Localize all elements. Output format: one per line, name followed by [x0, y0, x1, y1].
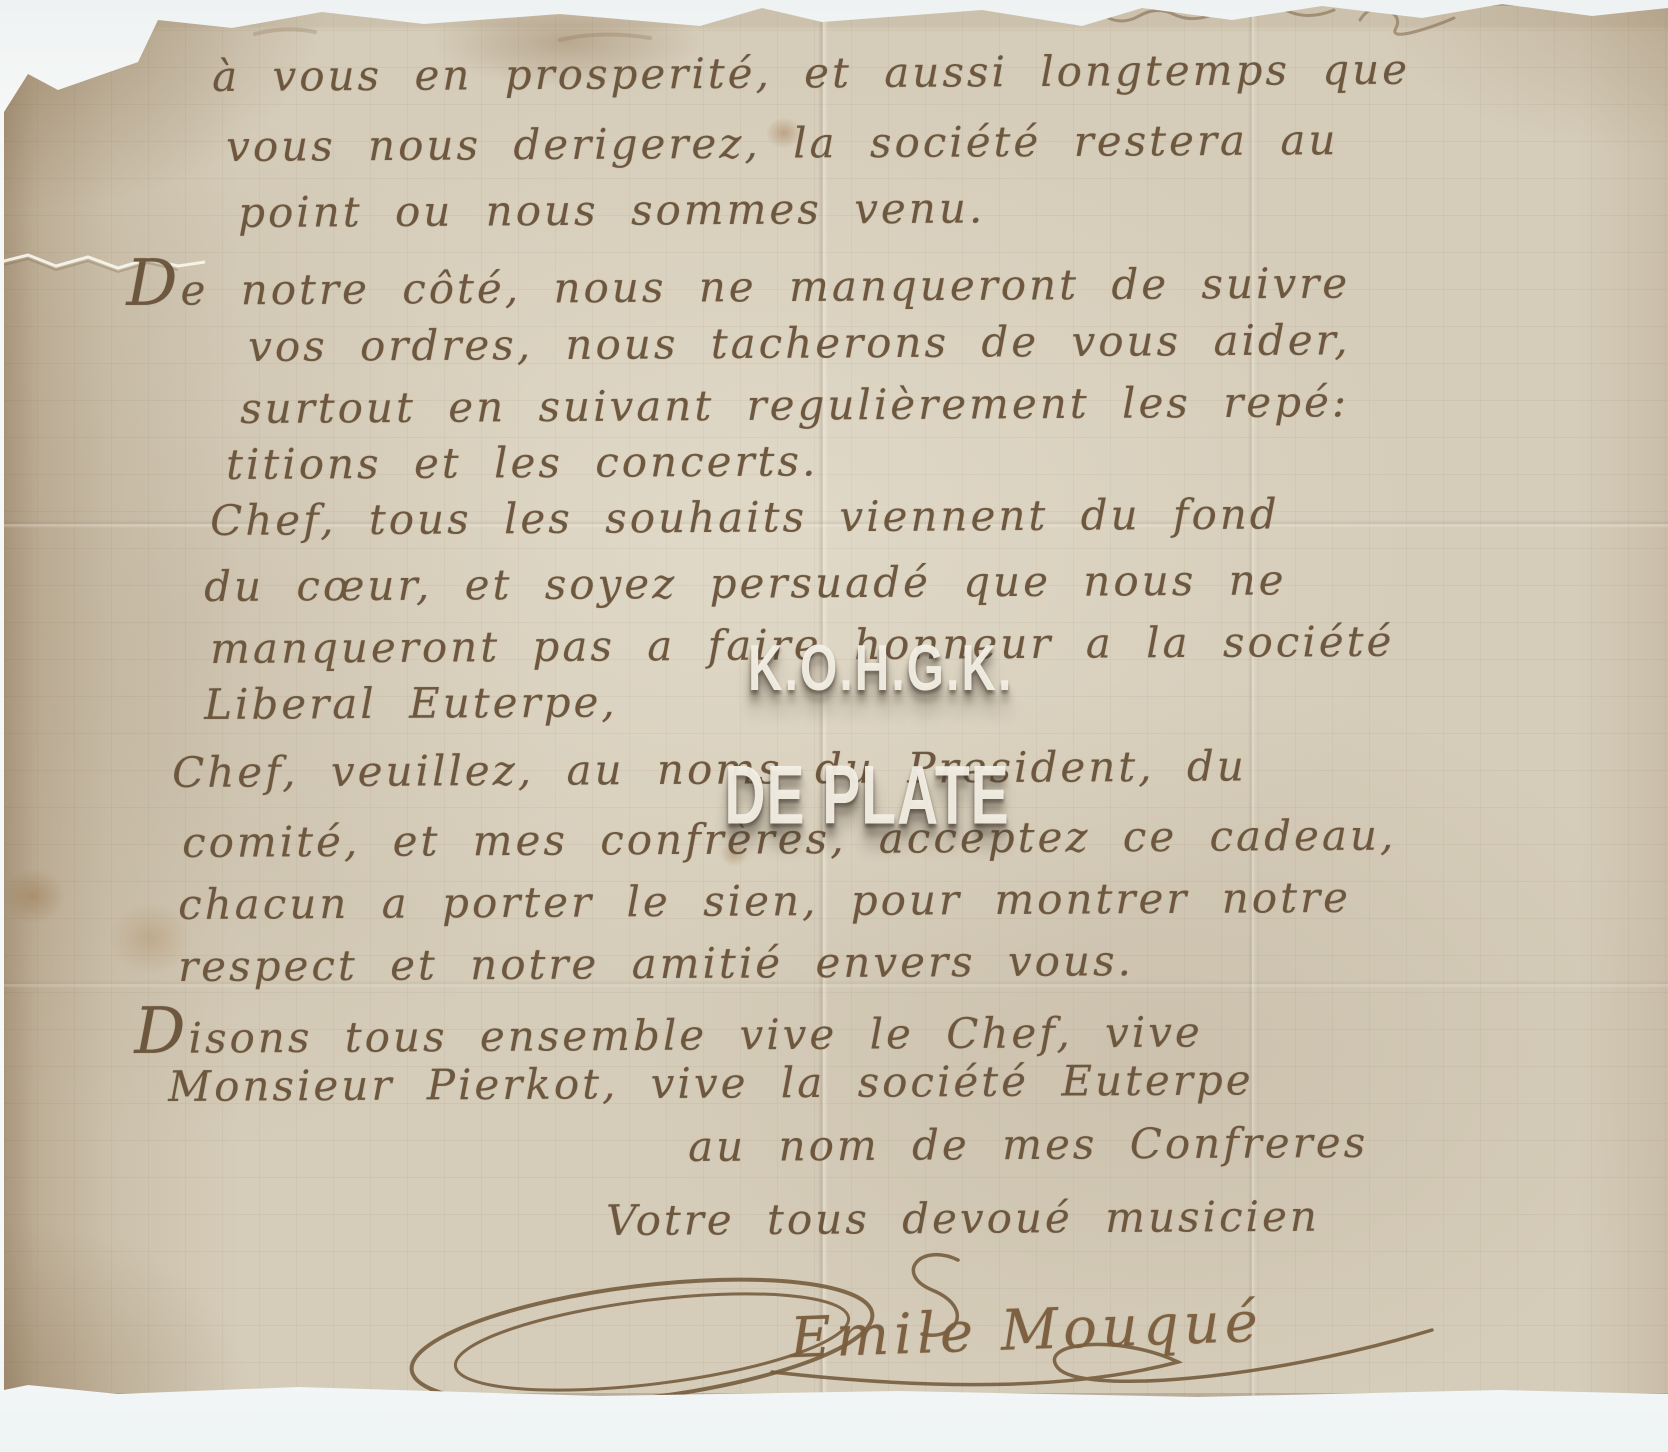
letter-line: De notre côté, nous ne manqueront de sui…: [126, 245, 1350, 316]
scanned-letter-page: { "colors": { "paper": "#d5ccb9", "paper…: [0, 0, 1668, 1452]
watermark-text-line2: DE PLATE: [724, 748, 1009, 844]
letter-line: Chef, tous les souhaits viennent du fond: [210, 493, 1280, 542]
letter-line: vous nous derigerez, la société restera …: [226, 119, 1339, 168]
letter-line: point ou nous sommes venu.: [238, 187, 985, 234]
watermark-text-line1: K.O.H.G.K.: [748, 632, 1013, 706]
letter-line: du cœur, et soyez persuadé que nous ne: [204, 559, 1287, 608]
letter-line: chacun a porter le sien, pour montrer no…: [178, 877, 1351, 926]
closing-line: au nom de mes Confreres: [688, 1122, 1368, 1168]
vertical-fold-crease: [1248, 0, 1256, 1400]
letter-line: Chef, veuillez, au noms du President, du: [172, 745, 1247, 794]
cut-off-text-remnant: [0, 0, 1668, 40]
letter-line: vos ordres, nous tacherons de vous aider…: [248, 319, 1351, 368]
letter-line: titions et les concerts.: [226, 440, 818, 486]
letter-line: respect et notre amitié envers vous.: [178, 940, 1134, 988]
letter-line: Liberal Euterpe,: [204, 681, 618, 726]
letter-line: Disons tous ensemble vive le Chef, vive: [134, 993, 1203, 1064]
scan-stage: à vous en prosperité, et aussi longtemps…: [0, 0, 1668, 1452]
letter-line: à vous en prosperité, et aussi longtemps…: [212, 49, 1410, 98]
letter-line: surtout en suivant regulièrement les rep…: [240, 381, 1349, 430]
closing-line: Votre tous devoué musicien: [606, 1196, 1320, 1242]
letter-line: Monsieur Pierkot, vive la société Euterp…: [168, 1059, 1254, 1108]
